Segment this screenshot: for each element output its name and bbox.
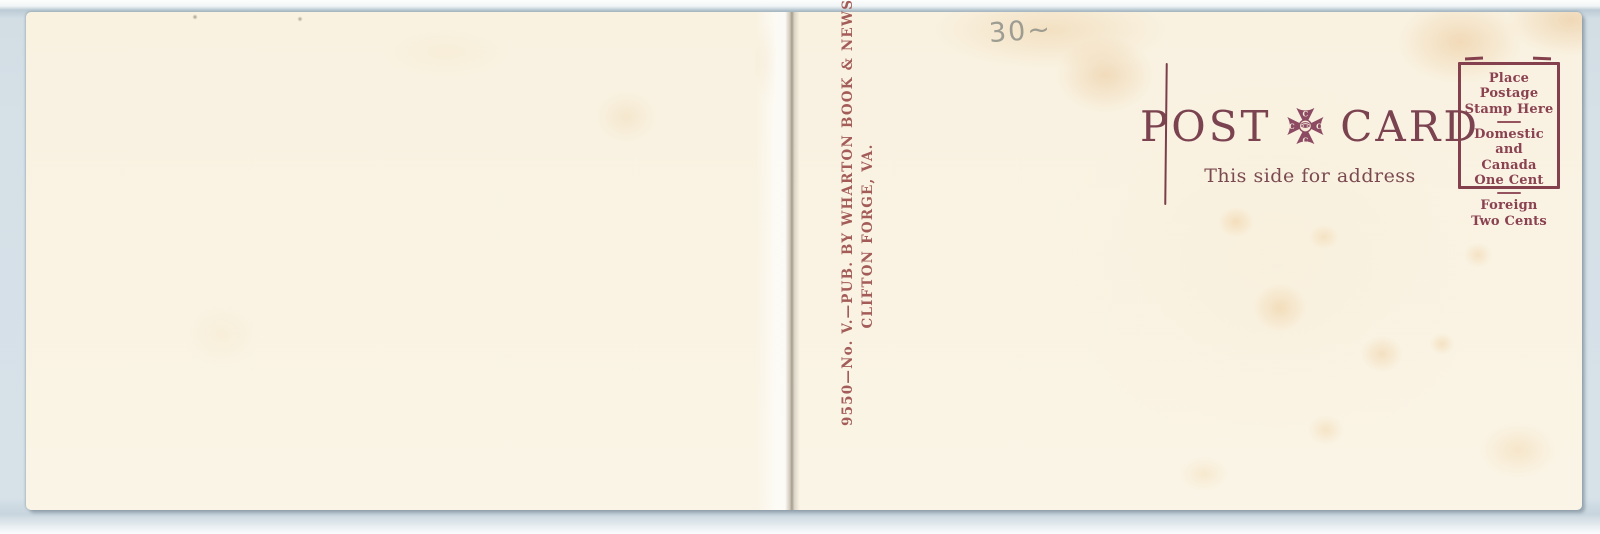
title-word-post: POST (1140, 102, 1271, 151)
publisher-imprint-line1: 9550—No. V.—PUB. BY WHARTON BOOK & NEWS … (838, 46, 858, 426)
postcard-title: POST C C C C (1140, 90, 1480, 162)
message-panel (26, 12, 756, 510)
publisher-imprint-line2: CLIFTON FORGE, VA. (858, 46, 878, 426)
stamp-box-print-tick (1465, 57, 1483, 61)
emblem-eye-pupil (1304, 125, 1307, 128)
stamp-box-line: Stamp Here (1461, 102, 1557, 117)
emblem-letter: C (1317, 122, 1323, 131)
stamp-box-line: Place Postage (1461, 71, 1557, 102)
stamp-box-line: Canada (1461, 158, 1557, 173)
emblem-letter: C (1289, 122, 1295, 131)
handwritten-price-note: 30~ (988, 14, 1053, 49)
eye-cross-emblem: C C C C (1286, 95, 1325, 157)
postcard-back: 9550—No. V.—PUB. BY WHARTON BOOK & NEWS … (26, 12, 1582, 510)
stamp-box-divider (1497, 192, 1521, 194)
stamp-box-line: Two Cents (1461, 214, 1557, 229)
stamp-box-divider (1497, 121, 1521, 123)
address-instruction: This side for address (1160, 165, 1460, 187)
fold-crease (756, 12, 808, 510)
postcard-scan: 9550—No. V.—PUB. BY WHARTON BOOK & NEWS … (0, 0, 1600, 534)
emblem-letter: C (1303, 136, 1309, 145)
stamp-box-print-tick (1533, 57, 1551, 61)
postage-stamp-box: Place Postage Stamp Here Domestic and Ca… (1458, 62, 1560, 189)
stamp-box-line: One Cent (1461, 173, 1557, 188)
stamp-box-line: Foreign (1461, 198, 1557, 213)
emblem-letter: C (1303, 110, 1309, 119)
stamp-box-line: Domestic and (1461, 127, 1557, 158)
publisher-imprint: 9550—No. V.—PUB. BY WHARTON BOOK & NEWS … (838, 46, 879, 426)
